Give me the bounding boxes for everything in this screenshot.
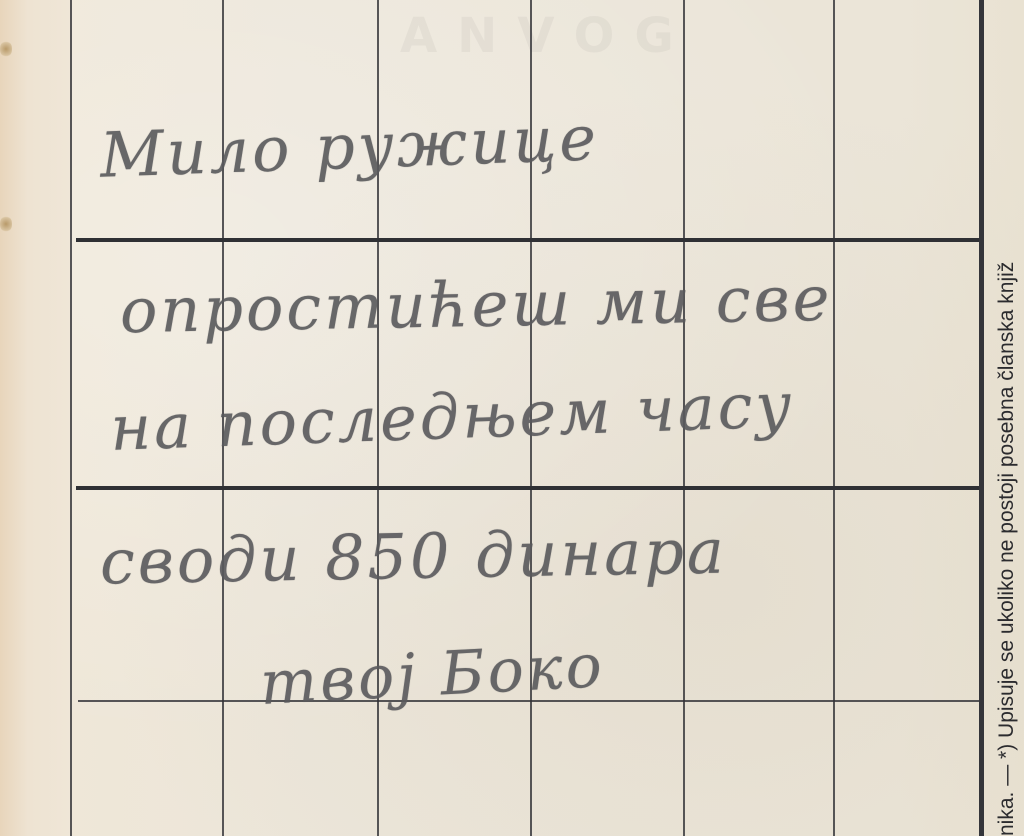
binding-hole bbox=[0, 215, 12, 233]
faded-print-header: ANVOG bbox=[400, 8, 694, 64]
grid-vertical-line bbox=[70, 0, 72, 836]
grid-horizontal-rule bbox=[76, 486, 979, 490]
binding-hole bbox=[0, 40, 12, 58]
rotated-footnote-text: nika. — *) Upisuje se ukoliko ne postoji… bbox=[990, 0, 1024, 836]
right-border-rule bbox=[979, 0, 984, 836]
handwritten-line-4: своди 850 динара bbox=[99, 515, 727, 599]
page-left-margin bbox=[0, 0, 70, 836]
grid-horizontal-rule bbox=[76, 238, 979, 242]
grid-vertical-line bbox=[833, 0, 835, 836]
handwritten-line-2: опростићеш ми све bbox=[119, 262, 832, 347]
